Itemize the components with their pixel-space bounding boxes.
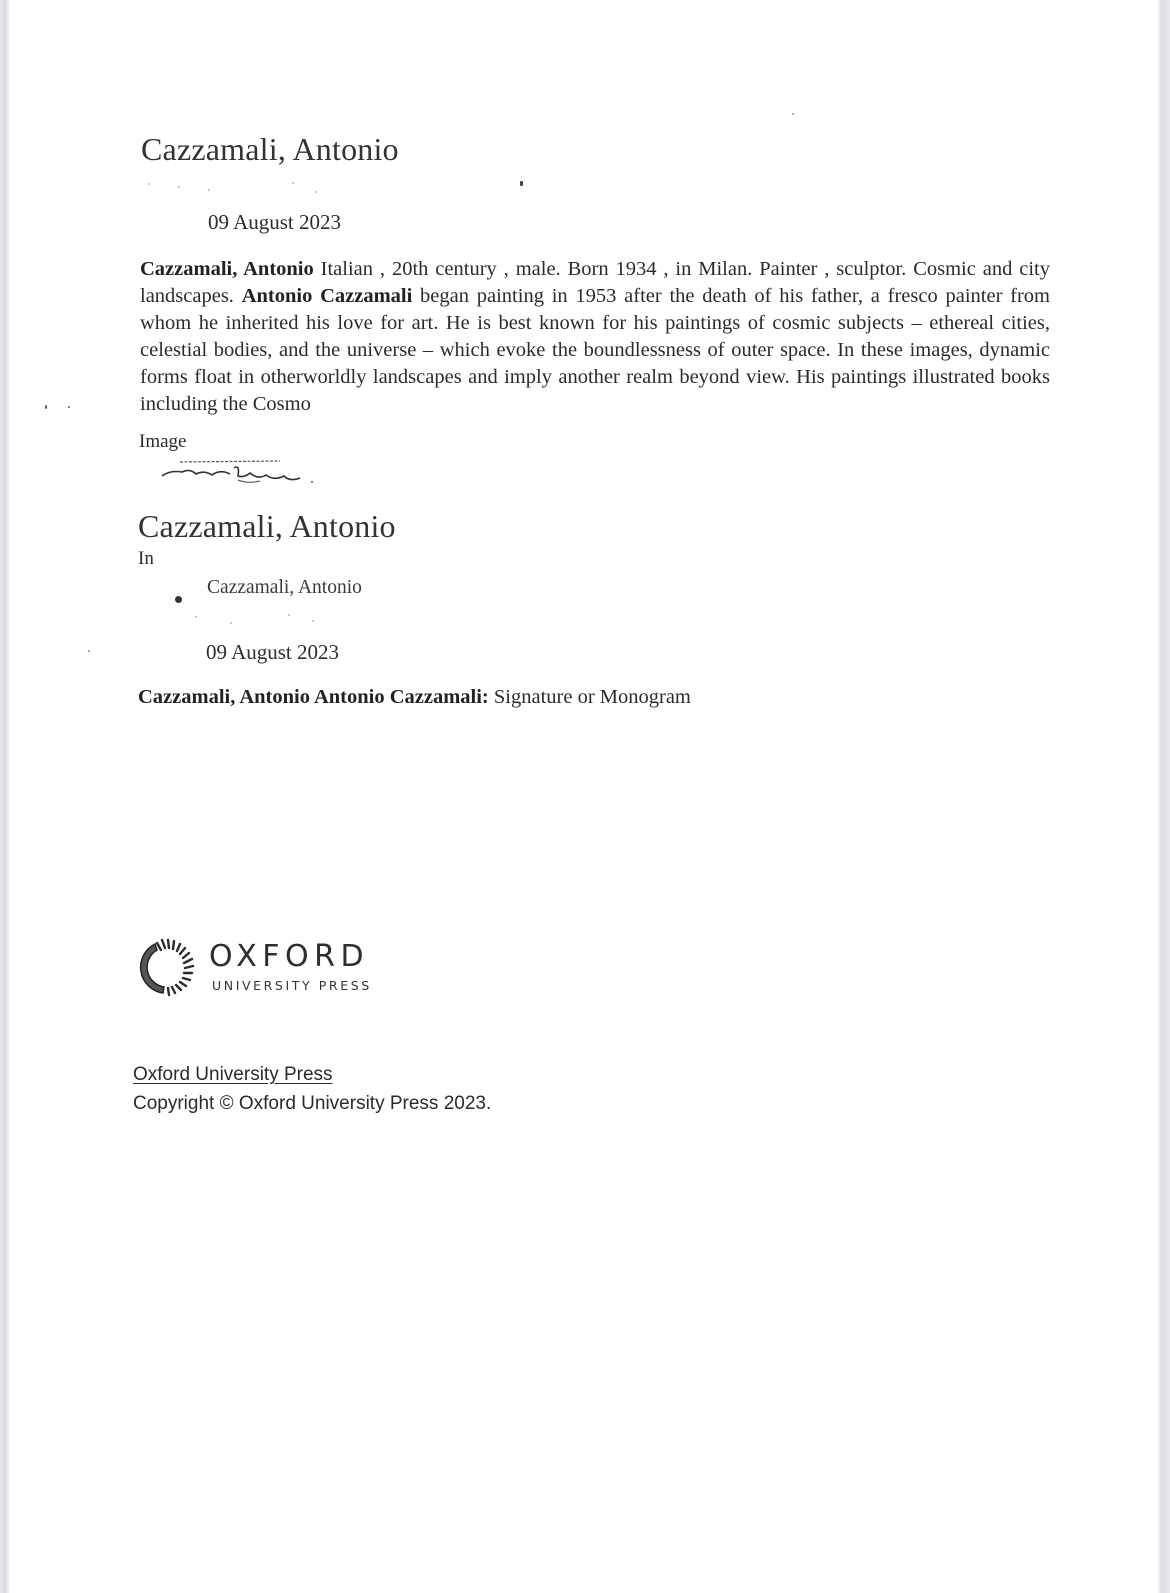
bold-artist-name-2: Antonio Cazzamali bbox=[242, 285, 413, 307]
in-label: In bbox=[138, 548, 154, 570]
page-edge-right bbox=[1158, 0, 1170, 1593]
oup-subtitle: UNIVERSITY PRESS bbox=[212, 978, 372, 993]
page-edge-left bbox=[0, 0, 9, 1593]
in-list-item[interactable]: Cazzamali, Antonio bbox=[207, 577, 362, 599]
related-entry-title: Cazzamali, Antonio bbox=[138, 508, 396, 545]
bold-artist-name: Cazzamali, Antonio bbox=[140, 258, 314, 280]
signature-image[interactable] bbox=[160, 456, 320, 488]
entry-date: 09 August 2023 bbox=[208, 210, 341, 235]
caption-text: Signature or Monogram bbox=[489, 686, 691, 708]
biography-paragraph: Cazzamali, Antonio Italian , 20th centur… bbox=[140, 256, 1050, 418]
bullet-icon bbox=[175, 596, 182, 603]
image-caption: Cazzamali, Antonio Antonio Cazzamali: Si… bbox=[138, 686, 691, 709]
oup-ring-icon bbox=[133, 935, 197, 999]
oup-wordmark: OXFORD bbox=[209, 939, 369, 974]
related-entry-date: 09 August 2023 bbox=[206, 640, 339, 665]
signature-glyph-icon bbox=[160, 456, 320, 488]
copyright-text: Copyright © Oxford University Press 2023… bbox=[133, 1093, 491, 1115]
entry-title: Cazzamali, Antonio bbox=[141, 131, 399, 168]
oup-link[interactable]: Oxford University Press bbox=[133, 1064, 333, 1086]
image-label: Image bbox=[139, 431, 186, 453]
caption-bold: Cazzamali, Antonio Antonio Cazzamali: bbox=[138, 686, 489, 708]
